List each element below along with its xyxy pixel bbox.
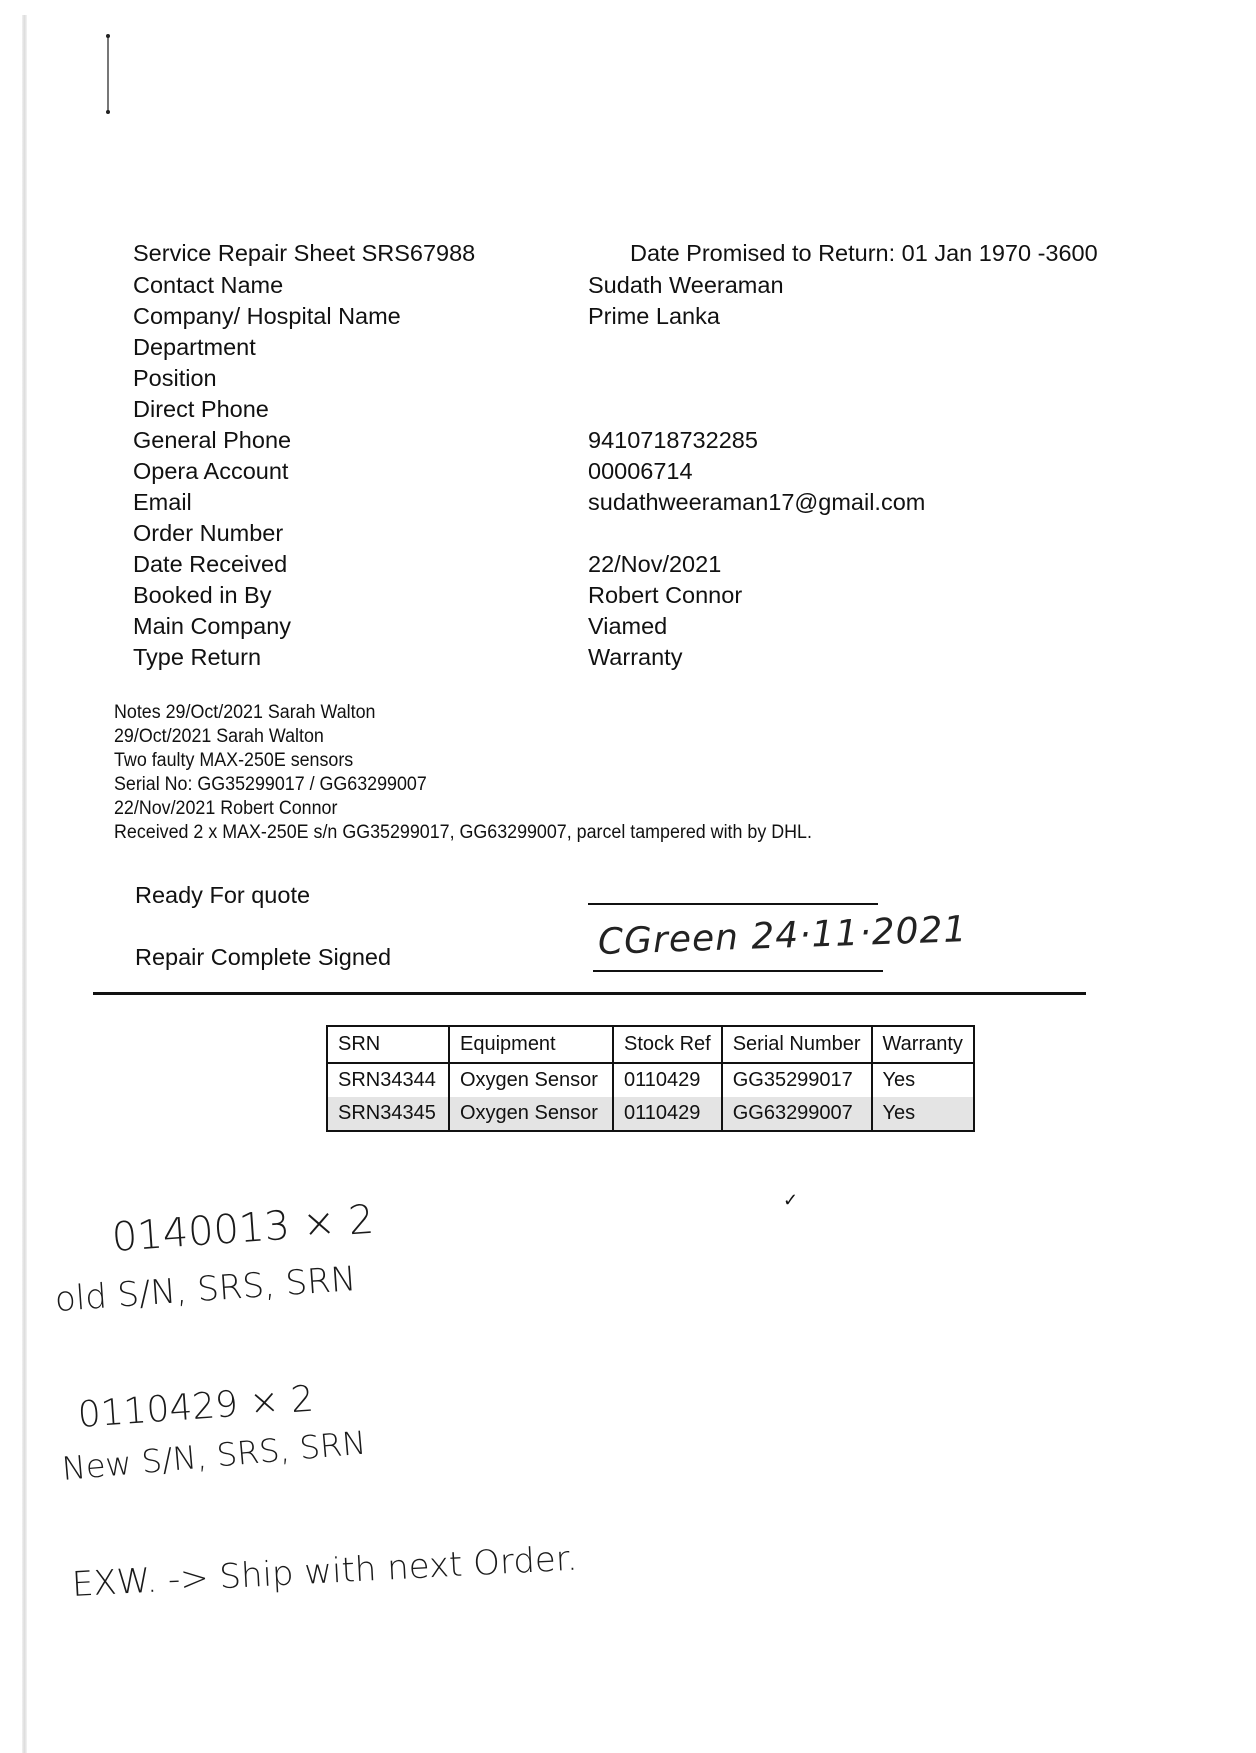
field-row: General Phone9410718732285 <box>0 425 1256 456</box>
field-value: sudathweeraman17@gmail.com <box>588 487 925 518</box>
repair-complete-signature-line <box>593 970 883 972</box>
cell-warranty: Yes <box>872 1097 974 1131</box>
field-label: Email <box>133 487 192 518</box>
field-row: Opera Account00006714 <box>0 456 1256 487</box>
field-label: Date Received <box>133 549 287 580</box>
field-label: Main Company <box>133 611 291 642</box>
cell-equipment: Oxygen Sensor <box>449 1063 613 1097</box>
cell-equipment: Oxygen Sensor <box>449 1097 613 1131</box>
notes-block: Notes 29/Oct/2021 Sarah Walton 29/Oct/20… <box>114 701 856 845</box>
note-line: Two faulty MAX-250E sensors <box>114 749 812 773</box>
ready-for-quote-label: Ready For quote <box>135 880 310 910</box>
field-row: Department <box>0 332 1256 363</box>
table-header-row: SRN Equipment Stock Ref Serial Number Wa… <box>327 1026 974 1063</box>
field-label: Contact Name <box>133 270 283 301</box>
field-row: Booked in ByRobert Connor <box>0 580 1256 611</box>
note-line: Serial No: GG35299017 / GG63299007 <box>114 773 812 797</box>
header-stock-ref: Stock Ref <box>613 1026 722 1063</box>
field-label: Company/ Hospital Name <box>133 301 401 332</box>
field-label: Direct Phone <box>133 394 269 425</box>
date-promised-to-return: Date Promised to Return: 01 Jan 1970 -36… <box>630 238 1098 269</box>
field-value: Prime Lanka <box>588 301 720 332</box>
table-row: SRN34344 Oxygen Sensor 0110429 GG3529901… <box>327 1063 974 1097</box>
ready-for-quote-signature-line <box>588 903 878 905</box>
handwritten-shipping-note: EXW. -> Ship with next Order. <box>71 1539 578 1605</box>
field-label: Position <box>133 363 217 394</box>
field-value: Warranty <box>588 642 682 673</box>
field-row: Direct Phone <box>0 394 1256 425</box>
note-line: 29/Oct/2021 Sarah Walton <box>114 725 812 749</box>
handwritten-new-stock-ref: 0110429 × 2 <box>77 1379 316 1436</box>
header-serial-number: Serial Number <box>722 1026 872 1063</box>
repair-complete-signature: CGreen 24·11·2021 <box>597 909 968 963</box>
section-divider <box>93 992 1086 995</box>
cell-serial-number: GG63299007 <box>722 1097 872 1131</box>
note-line: 22/Nov/2021 Robert Connor <box>114 797 812 821</box>
table-row: SRN34345 Oxygen Sensor 0110429 GG6329900… <box>327 1097 974 1131</box>
field-row: Position <box>0 363 1256 394</box>
scan-mark <box>107 36 109 112</box>
field-label: Department <box>133 332 256 363</box>
cell-stock-ref: 0110429 <box>613 1097 722 1131</box>
field-value: 9410718732285 <box>588 425 758 456</box>
tick-mark-icon: ✓ <box>783 1190 798 1211</box>
note-line: Notes 29/Oct/2021 Sarah Walton <box>114 701 812 725</box>
field-row: Type ReturnWarranty <box>0 642 1256 673</box>
header-warranty: Warranty <box>872 1026 974 1063</box>
handwritten-old-details: old S/N, SRS, SRN <box>54 1259 358 1320</box>
field-label: Type Return <box>133 642 261 673</box>
handwritten-old-stock-ref: 0140013 × 2 <box>110 1197 375 1261</box>
repair-complete-label: Repair Complete Signed <box>135 942 391 972</box>
cell-stock-ref: 0110429 <box>613 1063 722 1097</box>
cell-srn: SRN34344 <box>327 1063 449 1097</box>
field-label: General Phone <box>133 425 291 456</box>
cell-srn: SRN34345 <box>327 1097 449 1131</box>
field-row: Main CompanyViamed <box>0 611 1256 642</box>
field-label: Order Number <box>133 518 283 549</box>
field-row: Date Received22/Nov/2021 <box>0 549 1256 580</box>
field-value: Sudath Weeraman <box>588 270 784 301</box>
field-value: 00006714 <box>588 456 693 487</box>
field-value: Viamed <box>588 611 667 642</box>
field-row: Order Number <box>0 518 1256 549</box>
cell-warranty: Yes <box>872 1063 974 1097</box>
sheet-title: Service Repair Sheet SRS67988 <box>133 238 475 269</box>
field-row: Contact NameSudath Weeraman <box>0 270 1256 301</box>
note-line: Received 2 x MAX-250E s/n GG35299017, GG… <box>114 821 812 845</box>
field-row: Company/ Hospital NamePrime Lanka <box>0 301 1256 332</box>
field-value: Robert Connor <box>588 580 742 611</box>
header-srn: SRN <box>327 1026 449 1063</box>
cell-serial-number: GG35299017 <box>722 1063 872 1097</box>
equipment-table: SRN Equipment Stock Ref Serial Number Wa… <box>326 1025 975 1132</box>
field-label: Opera Account <box>133 456 288 487</box>
field-row: Emailsudathweeraman17@gmail.com <box>0 487 1256 518</box>
field-label: Booked in By <box>133 580 271 611</box>
field-value: 22/Nov/2021 <box>588 549 721 580</box>
header-equipment: Equipment <box>449 1026 613 1063</box>
